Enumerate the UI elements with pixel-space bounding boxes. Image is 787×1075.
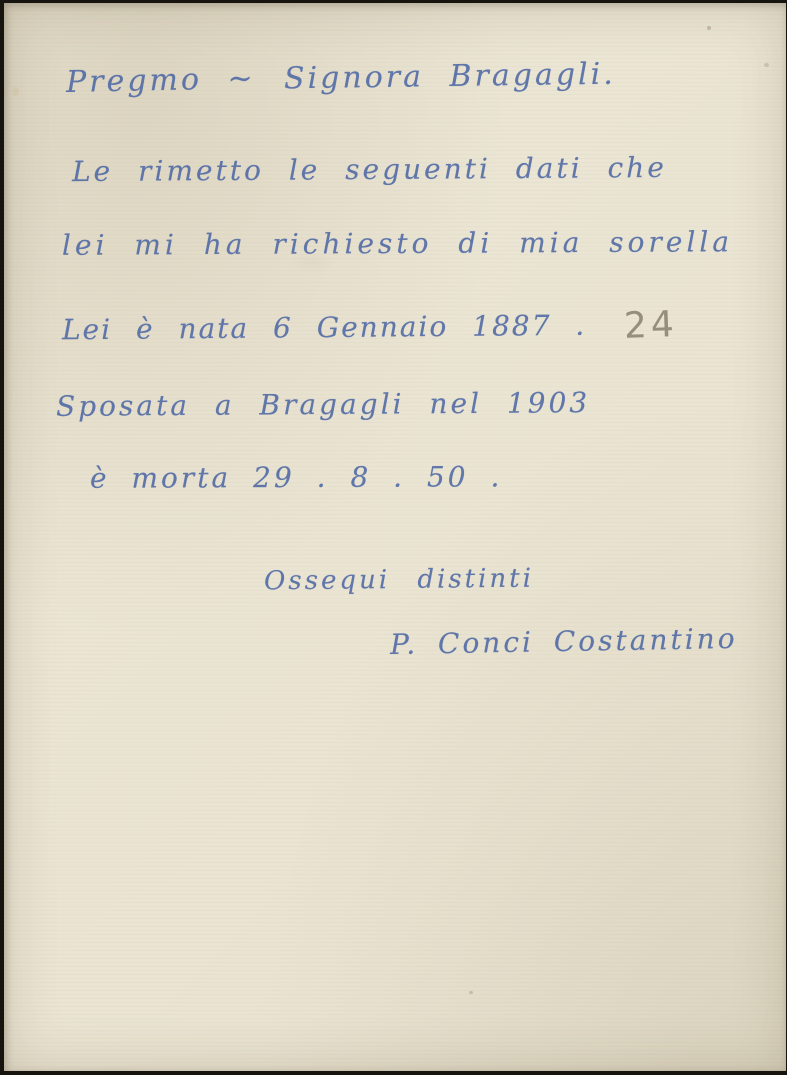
- closing-line: Ossequi distinti: [264, 564, 534, 597]
- paper-speck: [469, 991, 473, 994]
- pencil-margin-number: 24: [623, 304, 678, 347]
- body-line-1: Le rimetto le seguenti dati che: [72, 151, 667, 188]
- body-line-3-birthdate: Lei è nata 6 Gennaio 1887 .: [62, 309, 587, 347]
- body-line-4-marriage: Sposata a Bragagli nel 1903: [56, 386, 590, 423]
- signature: P. Conci Costantino: [390, 622, 738, 661]
- paper-speck: [707, 26, 711, 30]
- body-line-5-death: è morta 29 . 8 . 50 .: [90, 460, 503, 494]
- letter-page: Pregmo ~ Signora Bragagli. Le rimetto le…: [4, 3, 786, 1071]
- salutation-recipient: Signora Bragagli.: [284, 57, 616, 97]
- paper-speck: [12, 87, 19, 96]
- scanned-letter: { "letter": { "salutation_left": "Pregmo…: [0, 0, 787, 1075]
- body-line-2: lei mi ha richiesto di mia sorella: [62, 225, 733, 262]
- salutation-abbreviation: Pregmo ~: [66, 61, 256, 100]
- paper-speck: [764, 63, 769, 67]
